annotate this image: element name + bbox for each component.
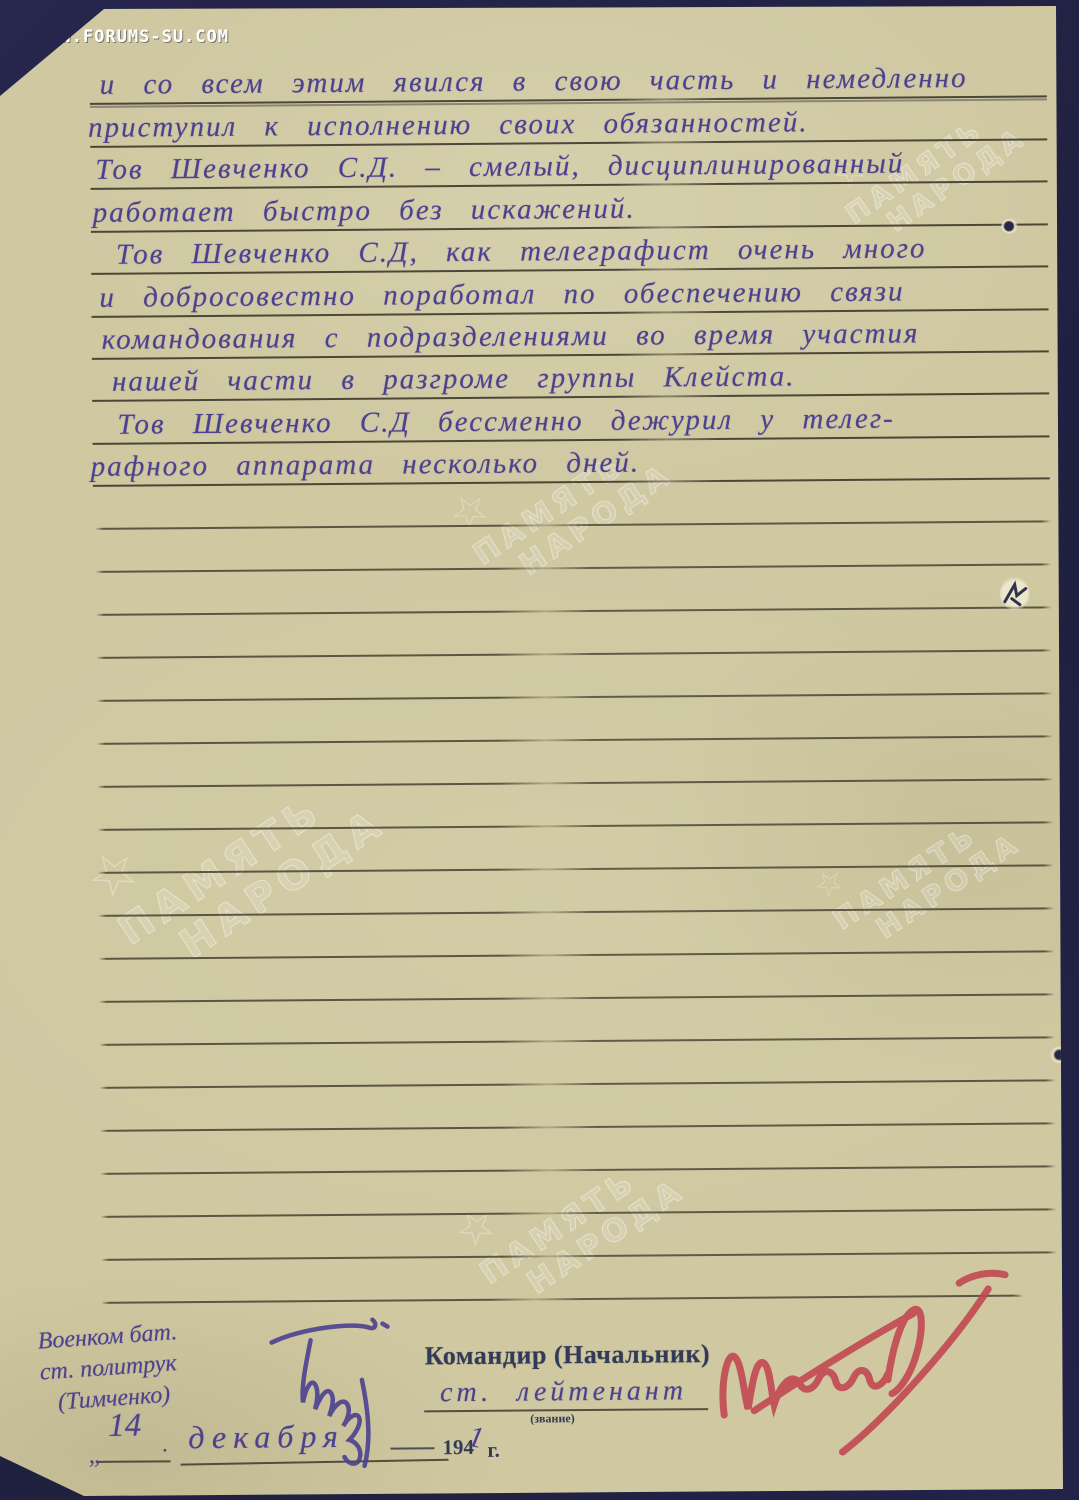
scan-background: ☆ ПАМЯТЬ НАРОДА ☆ ПАМЯТЬ НАРОДА ☆ ПАМЯТЬ… — [0, 0, 1079, 1500]
year-suffix: г. — [487, 1438, 500, 1463]
ruled-line — [99, 1036, 1055, 1046]
document-page: ☆ ПАМЯТЬ НАРОДА ☆ ПАМЯТЬ НАРОДА ☆ ПАМЯТЬ… — [0, 0, 1079, 1500]
ruled-line — [100, 1165, 1056, 1175]
ruled-line — [97, 692, 1053, 702]
ruled-line — [96, 563, 1052, 573]
ruled-line — [99, 993, 1055, 1003]
archive-watermark: ☆ ПАМЯТЬ НАРОДА — [444, 1099, 691, 1320]
year-underline — [390, 1447, 434, 1449]
date-underline — [181, 1459, 449, 1466]
ruled-line — [95, 520, 1051, 530]
date-underline — [99, 1460, 171, 1463]
ruled-lines — [0, 0, 1078, 1]
punch-hole — [1049, 1046, 1069, 1063]
ruled-line — [96, 649, 1052, 659]
ruled-line — [97, 735, 1053, 745]
ink-blot — [1000, 577, 1030, 611]
watermark-text: НАРОДА — [522, 1173, 692, 1302]
ruled-line — [96, 606, 1052, 616]
rank-handwritten: ст. лейтенант — [440, 1375, 687, 1409]
signer-block: Военком бат. ст. политрук (Тимченко) — [37, 1317, 183, 1419]
page-content: ☆ ПАМЯТЬ НАРОДА ☆ ПАМЯТЬ НАРОДА ☆ ПАМЯТЬ… — [0, 0, 1079, 1500]
star-icon: ☆ — [444, 1099, 652, 1260]
watermark-text: НАРОДА — [871, 827, 1027, 945]
site-watermark: WWW.FORUMS-SU.COM — [38, 27, 229, 47]
ruled-line — [101, 1295, 1023, 1304]
star-icon: ☆ — [74, 707, 344, 916]
year-handwritten-digit: 1 — [465, 1420, 487, 1456]
date-day: 14 — [108, 1408, 141, 1445]
ruled-line — [101, 1251, 1057, 1261]
watermark-text: ПАМЯТЬ — [827, 818, 983, 936]
ruled-line — [98, 864, 1054, 874]
commander-title: Командир (Начальник) — [425, 1339, 711, 1371]
archive-watermark: ☆ ПАМЯТЬ НАРОДА — [74, 707, 394, 992]
ruled-line — [100, 1079, 1056, 1089]
handwritten-text: нашей части в разгроме группы Клейста. — [112, 360, 796, 398]
handwritten-text: рафного аппарата несколько дней. — [91, 447, 641, 484]
ruled-line — [98, 821, 1054, 831]
watermark-text: НАРОДА — [172, 800, 394, 968]
punch-hole — [1001, 219, 1019, 234]
ruled-line — [98, 907, 1054, 917]
rank-caption: (звание) — [530, 1411, 575, 1426]
ruled-line — [99, 950, 1055, 960]
date-separator: . — [162, 1431, 168, 1458]
date-quote: „ — [88, 1440, 103, 1470]
handwritten-line: рафного аппарата несколько дней. — [73, 433, 1052, 487]
date-month: декабря — [188, 1418, 345, 1456]
ruled-line — [97, 778, 1053, 788]
star-icon: ☆ — [806, 768, 991, 908]
ruled-line — [101, 1208, 1057, 1218]
red-signature — [701, 1260, 1043, 1478]
ruled-line — [100, 1122, 1056, 1132]
watermark-text: ПАМЯТЬ — [473, 1162, 643, 1291]
